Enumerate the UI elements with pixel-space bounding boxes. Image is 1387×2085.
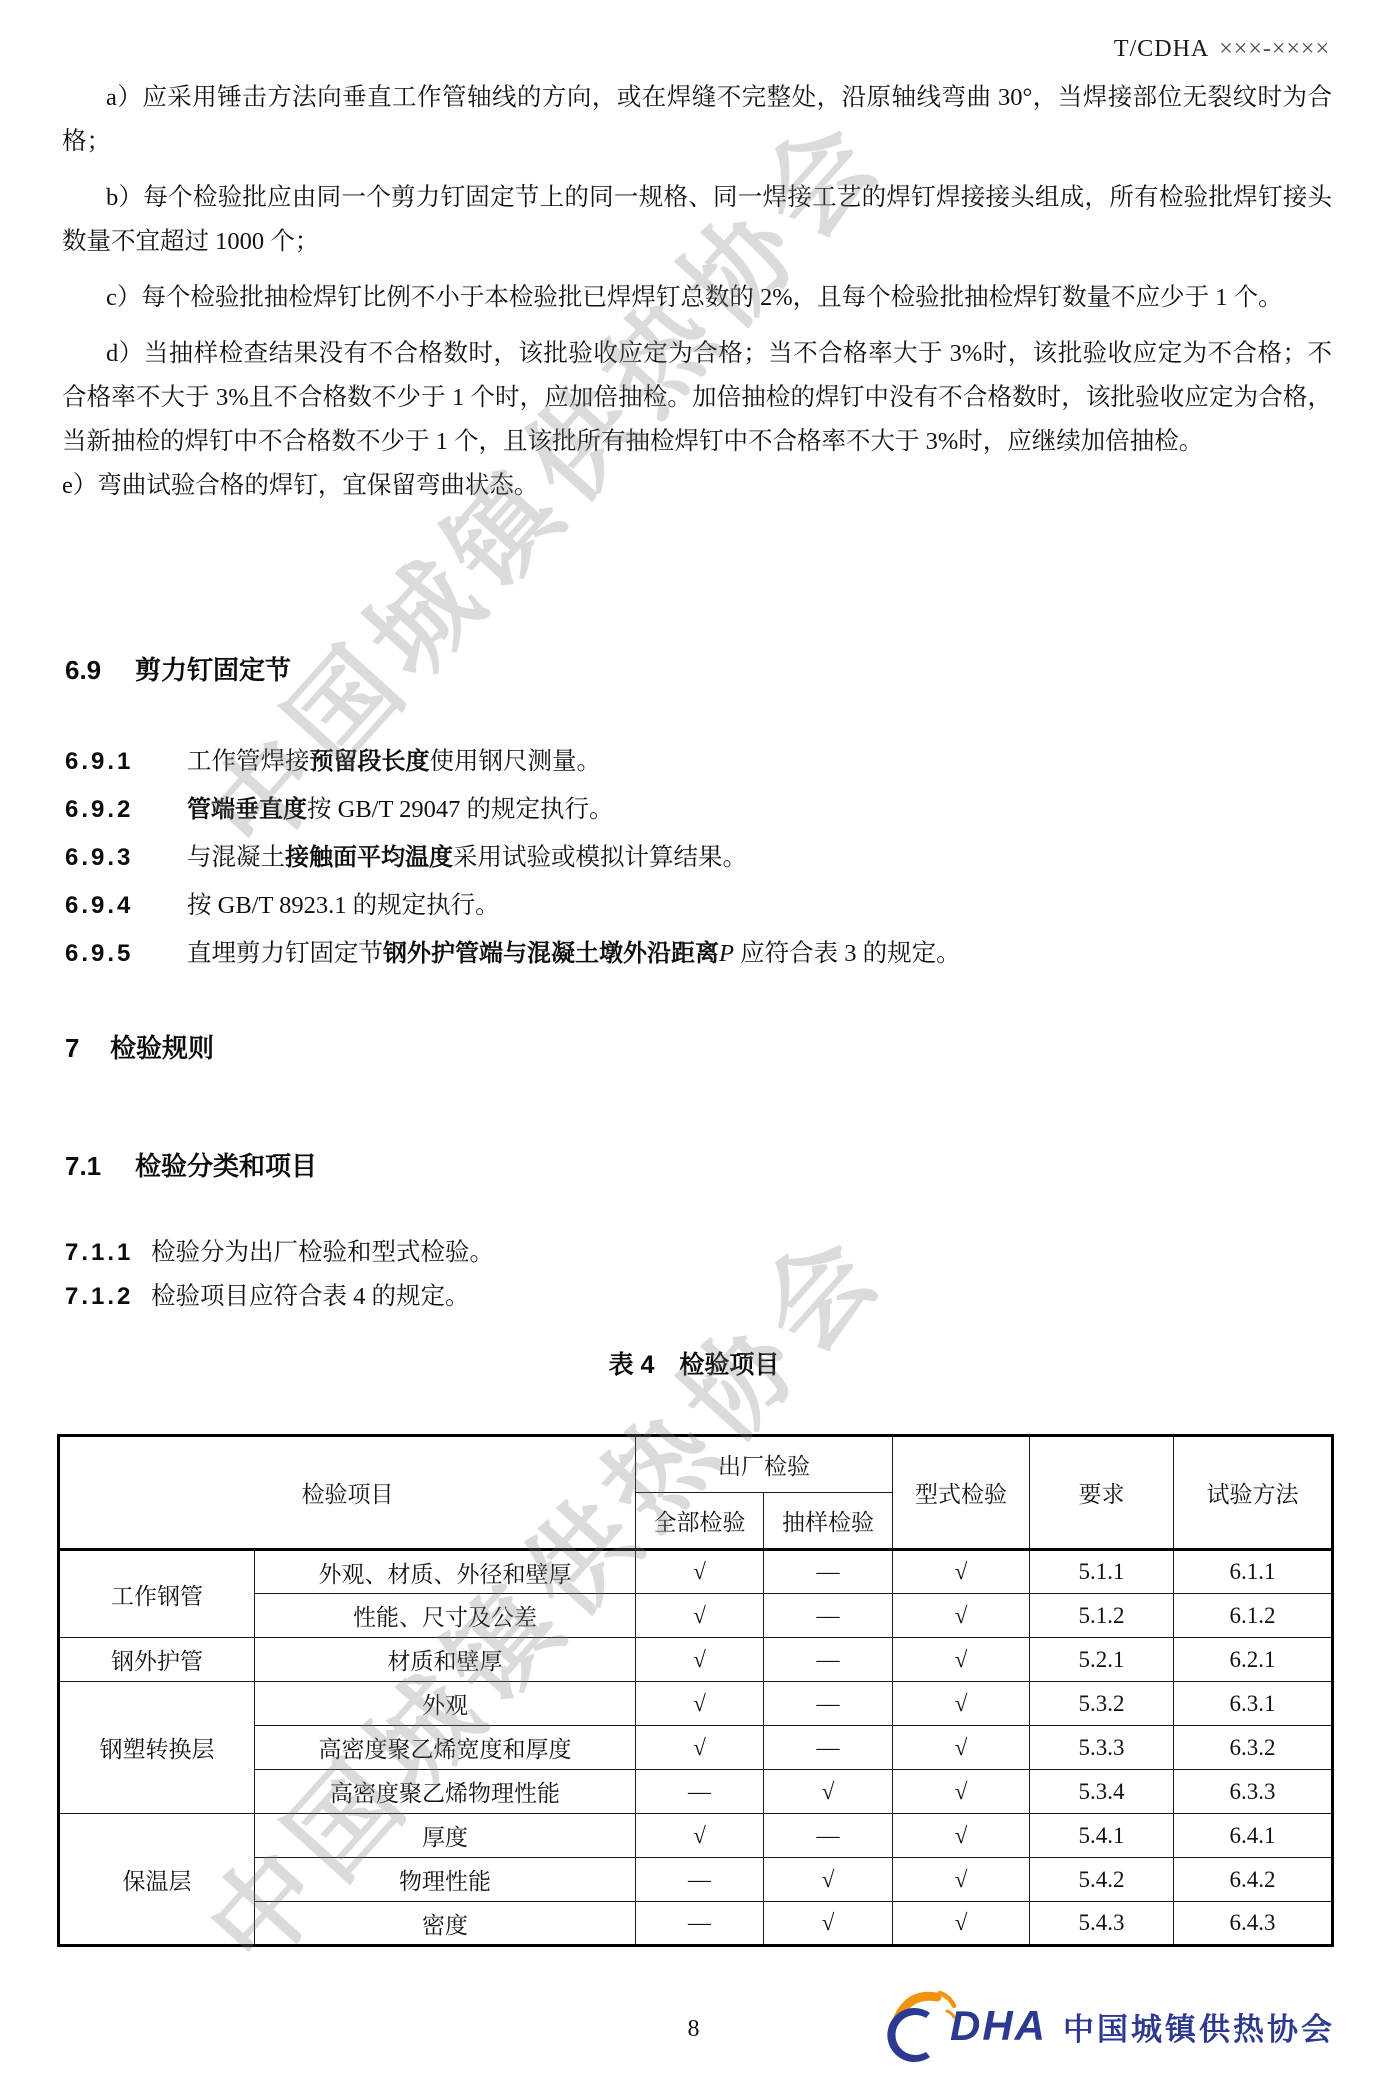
clause-list-7-1: 7.1.1检验分为出厂检验和型式检验。 7.1.2检验项目应符合表 4 的规定。: [65, 1231, 1335, 1319]
sample-cell: √: [764, 1770, 893, 1814]
clause-text-bold: 接触面平均温度: [285, 844, 453, 871]
table-row: 钢外护管材质和壁厚√—√5.2.16.2.1: [59, 1638, 1333, 1682]
sample-cell: √: [764, 1858, 893, 1902]
type-cell: √: [893, 1902, 1030, 1946]
method-cell: 6.3.3: [1174, 1770, 1333, 1814]
all-cell: —: [636, 1770, 764, 1814]
req-cell: 5.4.3: [1030, 1902, 1174, 1946]
section-number: 6.9: [65, 650, 135, 690]
item-cell: 物理性能: [255, 1858, 636, 1902]
clause-number: 6.9.2: [65, 786, 187, 834]
col-header-type: 型式检验: [893, 1436, 1030, 1550]
item-cell: 厚度: [255, 1814, 636, 1858]
logo-acronym: DHA: [950, 2002, 1047, 2050]
method-cell: 6.4.1: [1174, 1814, 1333, 1858]
doc-code-prefix: T/CDHA: [1114, 36, 1209, 62]
table-header-row-1: 检验项目 出厂检验 型式检验 要求 试验方法: [59, 1436, 1333, 1493]
section-heading-6-9: 6.9剪力钉固定节: [65, 650, 291, 690]
sample-cell: —: [764, 1594, 893, 1638]
all-cell: —: [636, 1902, 764, 1946]
clause-number: 6.9.3: [65, 834, 187, 882]
method-cell: 6.3.1: [1174, 1682, 1333, 1726]
clause-6-9-2: 6.9.2管端垂直度按 GB/T 29047 的规定执行。: [65, 786, 1335, 834]
paragraph-item-a: a）应采用锤击方法向垂直工作管轴线的方向，或在焊缝不完整处，沿原轴线弯曲 30°…: [62, 76, 1332, 164]
paragraph-item-d: d）当抽样检查结果没有不合格数时，该批验收应定为合格；当不合格率大于 3%时，该…: [62, 332, 1332, 464]
item-cell: 性能、尺寸及公差: [255, 1594, 636, 1638]
table-header: 检验项目 出厂检验 型式检验 要求 试验方法 全部检验 抽样检验: [59, 1436, 1333, 1550]
type-cell: √: [893, 1814, 1030, 1858]
item-cell: 密度: [255, 1902, 636, 1946]
col-header-sampling-inspection: 抽样检验: [764, 1493, 893, 1550]
category-cell: 保温层: [59, 1814, 255, 1946]
all-cell: √: [636, 1682, 764, 1726]
clause-text: 采用试验或模拟计算结果。: [453, 844, 747, 871]
all-cell: √: [636, 1726, 764, 1770]
all-cell: √: [636, 1814, 764, 1858]
logo-association-name: 中国城镇供热协会: [1063, 2004, 1335, 2049]
all-cell: √: [636, 1594, 764, 1638]
clause-text: 检验项目应符合表 4 的规定。: [151, 1283, 470, 1310]
type-cell: √: [893, 1594, 1030, 1638]
item-cell: 外观、材质、外径和壁厚: [255, 1550, 636, 1594]
sample-cell: —: [764, 1814, 893, 1858]
clause-list-6-9: 6.9.1工作管焊接预留段长度使用钢尺测量。 6.9.2管端垂直度按 GB/T …: [65, 738, 1335, 978]
section-heading-7: 7检验规则: [65, 1028, 214, 1068]
header-doc-code: T/CDHA×××-××××: [1114, 36, 1330, 63]
all-cell: —: [636, 1858, 764, 1902]
req-cell: 5.3.2: [1030, 1682, 1174, 1726]
clause-text: 应符合表 3 的规定。: [734, 940, 961, 967]
req-cell: 5.4.2: [1030, 1858, 1174, 1902]
paragraph-item-b: b）每个检验批应由同一个剪力钉固定节上的同一规格、同一焊接工艺的焊钉焊接接头组成…: [62, 176, 1332, 264]
req-cell: 5.1.2: [1030, 1594, 1174, 1638]
inspection-table-body: 工作钢管外观、材质、外径和壁厚√—√5.1.16.1.1性能、尺寸及公差√—√5…: [59, 1550, 1333, 1946]
clause-6-9-1: 6.9.1工作管焊接预留段长度使用钢尺测量。: [65, 738, 1335, 786]
section-title: 检验规则: [110, 1033, 214, 1063]
item-cell: 材质和壁厚: [255, 1638, 636, 1682]
all-cell: √: [636, 1550, 764, 1594]
req-cell: 5.2.1: [1030, 1638, 1174, 1682]
clause-6-9-4: 6.9.4按 GB/T 8923.1 的规定执行。: [65, 882, 1335, 930]
method-cell: 6.2.1: [1174, 1638, 1333, 1682]
method-cell: 6.4.3: [1174, 1902, 1333, 1946]
table-caption: 表 4 检验项目: [57, 1345, 1331, 1385]
section-title: 检验分类和项目: [135, 1151, 317, 1181]
sample-cell: —: [764, 1726, 893, 1770]
type-cell: √: [893, 1682, 1030, 1726]
req-cell: 5.4.1: [1030, 1814, 1174, 1858]
method-cell: 6.1.2: [1174, 1594, 1333, 1638]
clause-number: 6.9.5: [65, 930, 187, 978]
sample-cell: —: [764, 1638, 893, 1682]
inspection-table: 检验项目 出厂检验 型式检验 要求 试验方法 全部检验 抽样检验 工作钢管外观、…: [57, 1434, 1334, 1947]
method-cell: 6.1.1: [1174, 1550, 1333, 1594]
clause-text-italic: P: [719, 940, 734, 967]
doc-code-number: ×××-××××: [1219, 36, 1330, 62]
sample-cell: √: [764, 1902, 893, 1946]
type-cell: √: [893, 1726, 1030, 1770]
type-cell: √: [893, 1550, 1030, 1594]
cdha-logo-mark-icon: [882, 1988, 960, 2064]
col-header-item: 检验项目: [59, 1436, 636, 1550]
section-number: 7.1: [65, 1146, 135, 1186]
category-cell: 钢外护管: [59, 1638, 255, 1682]
document-page: 中国城镇供热协会 中国城镇供热协会 T/CDHA×××-×××× a）应采用锤击…: [0, 0, 1387, 2085]
clause-text: 检验分为出厂检验和型式检验。: [151, 1239, 494, 1266]
table-row: 工作钢管外观、材质、外径和壁厚√—√5.1.16.1.1: [59, 1550, 1333, 1594]
section-title: 剪力钉固定节: [135, 655, 291, 685]
clause-7-1-2: 7.1.2检验项目应符合表 4 的规定。: [65, 1275, 1335, 1319]
req-cell: 5.1.1: [1030, 1550, 1174, 1594]
type-cell: √: [893, 1638, 1030, 1682]
req-cell: 5.3.3: [1030, 1726, 1174, 1770]
col-header-full-inspection: 全部检验: [636, 1493, 764, 1550]
method-cell: 6.3.2: [1174, 1726, 1333, 1770]
inspection-table-wrap: 检验项目 出厂检验 型式检验 要求 试验方法 全部检验 抽样检验 工作钢管外观、…: [57, 1434, 1334, 1947]
col-header-requirement: 要求: [1030, 1436, 1174, 1550]
section-heading-7-1: 7.1检验分类和项目: [65, 1146, 317, 1186]
col-header-factory: 出厂检验: [636, 1436, 893, 1493]
method-cell: 6.4.2: [1174, 1858, 1333, 1902]
type-cell: √: [893, 1858, 1030, 1902]
clause-text: 按 GB/T 29047 的规定执行。: [307, 796, 614, 823]
paragraph-item-c: c）每个检验批抽检焊钉比例不小于本检验批已焊焊钉总数的 2%，且每个检验批抽检焊…: [62, 276, 1332, 320]
clause-7-1-1: 7.1.1检验分为出厂检验和型式检验。: [65, 1231, 1335, 1275]
sample-cell: —: [764, 1550, 893, 1594]
item-cell: 外观: [255, 1682, 636, 1726]
item-cell: 高密度聚乙烯宽度和厚度: [255, 1726, 636, 1770]
type-cell: √: [893, 1770, 1030, 1814]
sample-cell: —: [764, 1682, 893, 1726]
category-cell: 钢塑转换层: [59, 1682, 255, 1814]
table-row: 钢塑转换层外观√—√5.3.26.3.1: [59, 1682, 1333, 1726]
req-cell: 5.3.4: [1030, 1770, 1174, 1814]
clause-text-bold: 管端垂直度: [187, 796, 307, 823]
clause-text: 使用钢尺测量。: [430, 748, 602, 775]
clause-6-9-3: 6.9.3与混凝土接触面平均温度采用试验或模拟计算结果。: [65, 834, 1335, 882]
all-cell: √: [636, 1638, 764, 1682]
clause-number: 7.1.2: [65, 1275, 151, 1319]
clause-text: 与混凝土: [187, 844, 285, 871]
category-cell: 工作钢管: [59, 1550, 255, 1638]
table-row: 保温层厚度√—√5.4.16.4.1: [59, 1814, 1333, 1858]
clause-6-9-5: 6.9.5直埋剪力钉固定节钢外护管端与混凝土墩外沿距离P 应符合表 3 的规定。: [65, 930, 1335, 978]
section-number: 7: [65, 1028, 110, 1068]
item-cell: 高密度聚乙烯物理性能: [255, 1770, 636, 1814]
clause-number: 7.1.1: [65, 1231, 151, 1275]
cdha-logo: DHA 中国城镇供热协会: [882, 1988, 1335, 2064]
clause-text: 直埋剪力钉固定节: [187, 940, 383, 967]
clause-text: 按 GB/T 8923.1 的规定执行。: [187, 892, 500, 919]
col-header-test-method: 试验方法: [1174, 1436, 1333, 1550]
clause-number: 6.9.1: [65, 738, 187, 786]
paragraph-item-e: e）弯曲试验合格的焊钉，宜保留弯曲状态。: [62, 464, 1332, 508]
clause-text-bold: 预留段长度: [310, 748, 430, 775]
clause-text: 工作管焊接: [187, 748, 310, 775]
clause-number: 6.9.4: [65, 882, 187, 930]
lettered-list: a）应采用锤击方法向垂直工作管轴线的方向，或在焊缝不完整处，沿原轴线弯曲 30°…: [62, 76, 1332, 508]
clause-text-bold: 钢外护管端与混凝土墩外沿距离: [383, 940, 719, 967]
